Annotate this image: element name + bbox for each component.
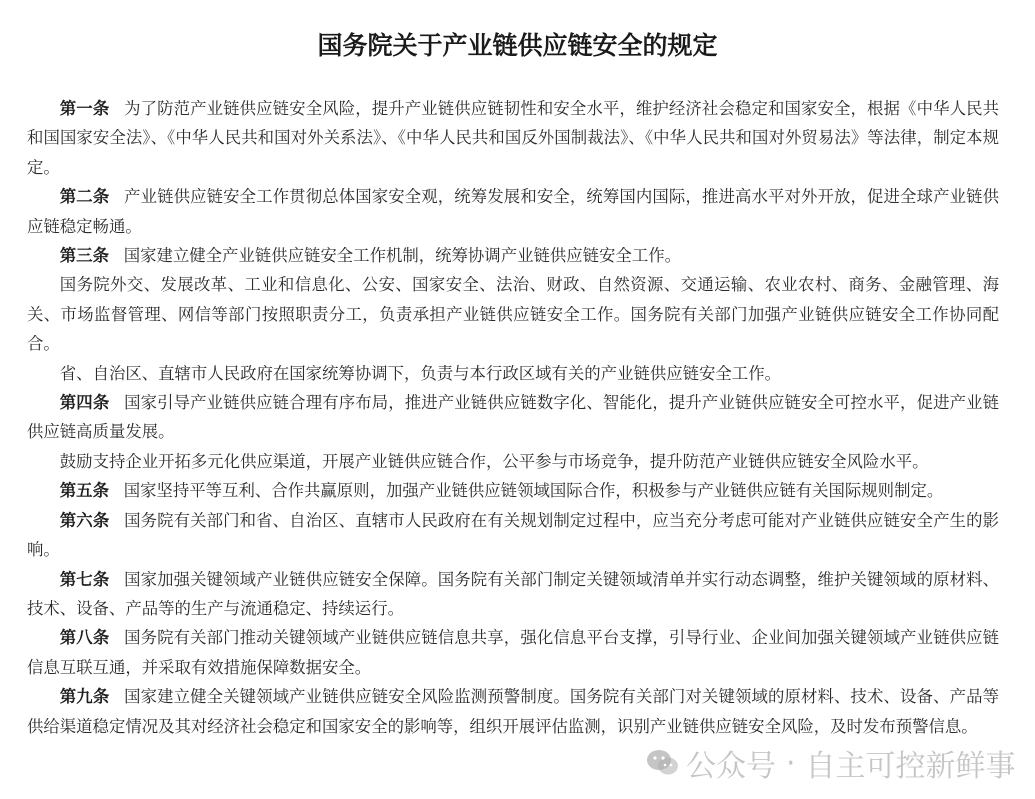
- paragraph-article-6: 第六条国务院有关部门和省、自治区、直辖市人民政府在有关规划制定过程中，应当充分考…: [27, 506, 999, 565]
- article-text: 国家引导产业链供应链合理有序布局，推进产业链供应链数字化、智能化，提升产业链供应…: [27, 393, 999, 441]
- article-text: 省、自治区、直辖市人民政府在国家统筹协调下，负责与本行政区域有关的产业链供应链安…: [60, 364, 781, 383]
- document-page: 国务院关于产业链供应链安全的规定 第一条为了防范产业链供应链安全风险，提升产业链…: [0, 0, 1035, 799]
- article-text: 国家坚持平等互利、合作共赢原则，加强产业链供应链领域国际合作，积极参与产业链供应…: [124, 481, 944, 500]
- watermark-separator: ·: [786, 746, 796, 781]
- paragraph-article-4-clause-2: 鼓励支持企业开拓多元化供应渠道，开展产业链供应链合作，公平参与市场竞争，提升防范…: [27, 447, 999, 476]
- document-body: 第一条为了防范产业链供应链安全风险，提升产业链供应链韧性和安全水平，维护经济社会…: [27, 94, 999, 741]
- article-label: 第二条: [60, 187, 110, 206]
- article-label: 第六条: [60, 511, 110, 530]
- article-text: 国务院有关部门和省、自治区、直辖市人民政府在有关规划制定过程中，应当充分考虑可能…: [27, 511, 999, 559]
- article-text: 国家建立健全关键领域产业链供应链安全风险监测预警制度。国务院有关部门对关键领域的…: [27, 687, 999, 735]
- paragraph-article-4: 第四条国家引导产业链供应链合理有序布局，推进产业链供应链数字化、智能化，提升产业…: [27, 388, 999, 447]
- article-text: 国务院有关部门推动关键领域产业链供应链信息共享，强化信息平台支撑，引导行业、企业…: [27, 628, 999, 676]
- paragraph-article-7: 第七条国家加强关键领域产业链供应链安全保障。国务院有关部门制定关键领域清单并实行…: [27, 565, 999, 624]
- article-label: 第九条: [60, 687, 110, 706]
- article-text: 国务院外交、发展改革、工业和信息化、公安、国家安全、法治、财政、自然资源、交通运…: [27, 275, 999, 353]
- paragraph-article-2: 第二条产业链供应链安全工作贯彻总体国家安全观，统筹发展和安全，统筹国内国际，推进…: [27, 182, 999, 241]
- paragraph-article-1: 第一条为了防范产业链供应链安全风险，提升产业链供应链韧性和安全水平，维护经济社会…: [27, 94, 999, 182]
- article-label: 第一条: [60, 99, 110, 118]
- paragraph-article-3-clause-2: 国务院外交、发展改革、工业和信息化、公安、国家安全、法治、财政、自然资源、交通运…: [27, 270, 999, 358]
- article-text: 鼓励支持企业开拓多元化供应渠道，开展产业链供应链合作，公平参与市场竞争，提升防范…: [60, 452, 929, 471]
- article-text: 国家建立健全产业链供应链安全工作机制，统筹协调产业链供应链安全工作。: [124, 246, 681, 265]
- article-text: 国家加强关键领域产业链供应链安全保障。国务院有关部门制定关键领域清单并实行动态调…: [27, 570, 999, 618]
- paragraph-article-8: 第八条国务院有关部门推动关键领域产业链供应链信息共享，强化信息平台支撑，引导行业…: [27, 623, 999, 682]
- article-text: 为了防范产业链供应链安全风险，提升产业链供应链韧性和安全水平，维护经济社会稳定和…: [27, 99, 999, 177]
- article-text: 产业链供应链安全工作贯彻总体国家安全观，统筹发展和安全，统筹国内国际，推进高水平…: [27, 187, 999, 235]
- paragraph-article-9: 第九条国家建立健全关键领域产业链供应链安全风险监测预警制度。国务院有关部门对关键…: [27, 682, 999, 741]
- document-title: 国务院关于产业链供应链安全的规定: [0, 26, 1035, 62]
- wechat-icon: [646, 748, 680, 778]
- paragraph-article-5: 第五条国家坚持平等互利、合作共赢原则，加强产业链供应链领域国际合作，积极参与产业…: [27, 476, 999, 505]
- watermark-prefix: 公众号: [686, 741, 776, 785]
- paragraph-article-3-clause-3: 省、自治区、直辖市人民政府在国家统筹协调下，负责与本行政区域有关的产业链供应链安…: [27, 359, 999, 388]
- watermark: 公众号 · 自主可控新鲜事: [646, 743, 1016, 783]
- watermark-account: 自主可控新鲜事: [806, 741, 1016, 785]
- paragraph-article-3: 第三条国家建立健全产业链供应链安全工作机制，统筹协调产业链供应链安全工作。: [27, 241, 999, 270]
- article-label: 第五条: [60, 481, 109, 500]
- article-label: 第八条: [60, 628, 110, 647]
- article-label: 第七条: [60, 570, 110, 589]
- article-label: 第三条: [60, 246, 109, 265]
- article-label: 第四条: [60, 393, 110, 412]
